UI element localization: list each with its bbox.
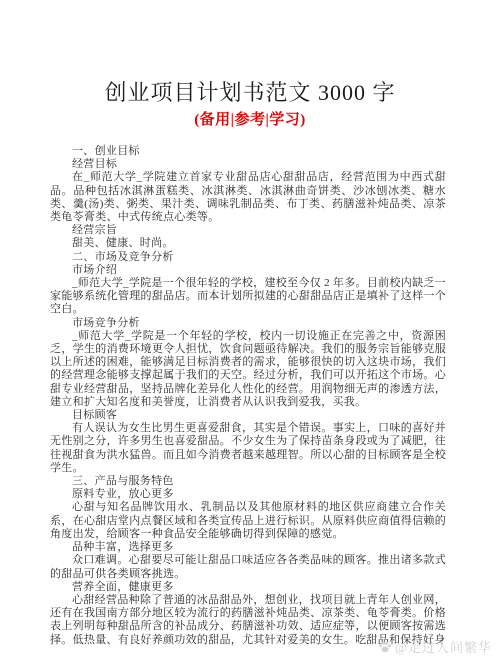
paragraph: 市场介绍: [50, 264, 446, 277]
paragraph: 品种丰富，选择更多: [50, 541, 446, 554]
paragraph: 经营宗旨: [50, 224, 446, 237]
paragraph: 二、市场及竞争分析: [50, 251, 446, 264]
paragraph: 目标顾客: [50, 409, 446, 422]
paragraph: 营养全面，健康更多: [50, 581, 446, 594]
paragraph: 原料专业，放心更多: [50, 488, 446, 501]
page-subtitle: (备用|参考|学习): [0, 108, 500, 129]
paragraph: 三、产品与服务特色: [50, 475, 446, 488]
paragraph: 甜美、健康、时尚。: [50, 237, 446, 250]
paragraph: 一、创业目标: [50, 145, 446, 158]
paragraph: 心甜与知名品牌饮用水、乳制品以及其他原材料的地区供应商建立合作关系，在心甜店堂内…: [50, 501, 446, 541]
paragraph: 在_师范大学_学院建立首家专业甜品店心甜甜品店，经营范围为中西式甜品。品种包括冰…: [50, 171, 446, 224]
paragraph: 市场竞争分析: [50, 317, 446, 330]
paragraph: 有人误认为女生比男生更喜爱甜食，其实是个错误。事实上，口味的喜好并无性别之分，许…: [50, 422, 446, 475]
paragraph: 经营目标: [50, 158, 446, 171]
watermark: @走过人间繁华: [378, 637, 492, 656]
watermark-text: @走过人间繁华: [395, 637, 492, 656]
paragraph: _师范大学_学院是一个年轻的学校，校内一切设施正在完善之中，资源困乏，学生的消费…: [50, 330, 446, 409]
page-title: 创业项目计划书范文 3000 字: [0, 76, 500, 107]
paw-icon: [378, 640, 392, 654]
paragraph: 众口难调。心甜要尽可能让甜品口味适应各各类品味的顾客。推出诸多款式的甜品可供各类…: [50, 554, 446, 580]
document-page: 创业项目计划书范文 3000 字 (备用|参考|学习) 一、创业目标经营目标在_…: [0, 0, 500, 666]
paragraph: _师范大学_学院是一个很年轻的学校，建校至今仅 2 年多。目前校内缺乏一家能够系…: [50, 277, 446, 317]
document-body: 一、创业目标经营目标在_师范大学_学院建立首家专业甜品店心甜甜品店，经营范围为中…: [50, 145, 446, 647]
